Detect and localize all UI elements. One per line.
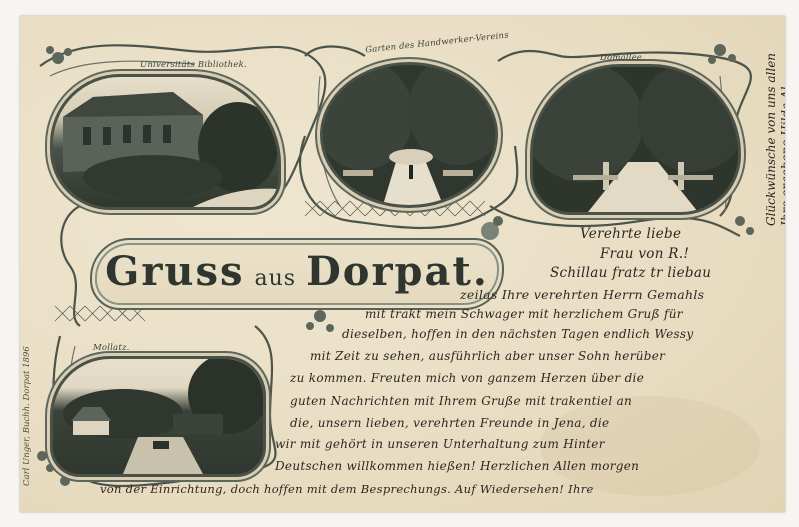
vignette-domallee xyxy=(530,64,741,215)
handwritten-line: dieselben, hoffen in den nächsten Tagen … xyxy=(342,327,693,341)
publisher-imprint: Carl Unger, Buchh. Dorpat 1896 xyxy=(22,346,32,486)
handwritten-line: Frau von R.! xyxy=(600,246,689,262)
handwritten-line: wir mit gehört in unseren Unterhaltung z… xyxy=(275,437,605,451)
vignette-caption: Mollatz. xyxy=(93,343,130,353)
vignette-garten-handwerker-verein xyxy=(320,62,498,208)
library-building-illustration xyxy=(53,77,278,207)
margin-note: Glückwünsche von uns allen Ihre ergebene… xyxy=(764,53,785,226)
domallee-avenue-illustration xyxy=(533,67,738,212)
handwritten-line: zu kommen. Freuten mich von ganzem Herze… xyxy=(290,371,644,385)
mollatz-estate-illustration xyxy=(53,359,263,474)
handwritten-line: Deutschen willkommen hießen! Herzlichen … xyxy=(275,459,639,473)
handwritten-line: guten Nachrichten mit Ihrem Gruße mit tr… xyxy=(290,394,632,408)
title-word-gruss: Gruss xyxy=(105,248,244,295)
greeting-title-banner: GrussausDorpat. xyxy=(90,238,504,310)
handwritten-line: zeilas Ihre verehrten Herrn Gemahls xyxy=(460,287,704,302)
garden-avenue-illustration xyxy=(323,65,495,205)
vignette-caption: Domallee. xyxy=(600,53,645,63)
handwritten-line: von der Einrichtung, doch hoffen mit dem… xyxy=(100,482,594,496)
postcard: Universitäts Bibliothek. Garten des Hand… xyxy=(20,16,785,512)
vignette-mollatz xyxy=(50,356,266,477)
greeting-title: GrussausDorpat. xyxy=(92,248,502,295)
vignette-universitaets-bibliothek xyxy=(50,74,281,210)
handwritten-line: mit trakt mein Schwager mit herzlichem G… xyxy=(365,307,683,321)
margin-note-line: Ihre ergebene Hilda Al. xyxy=(779,53,785,226)
title-word-aus: aus xyxy=(255,266,297,291)
vignette-caption: Universitäts Bibliothek. xyxy=(140,60,247,70)
handwritten-line: die, unsern lieben, verehrten Freunde in… xyxy=(290,416,609,430)
handwritten-line: Schillau fratz tr liebau xyxy=(550,265,711,281)
handwritten-line: Verehrte liebe xyxy=(580,226,681,242)
handwritten-line: mit Zeit zu sehen, ausführlich aber unse… xyxy=(310,349,665,363)
margin-note-line: Glückwünsche von uns allen xyxy=(764,53,779,226)
